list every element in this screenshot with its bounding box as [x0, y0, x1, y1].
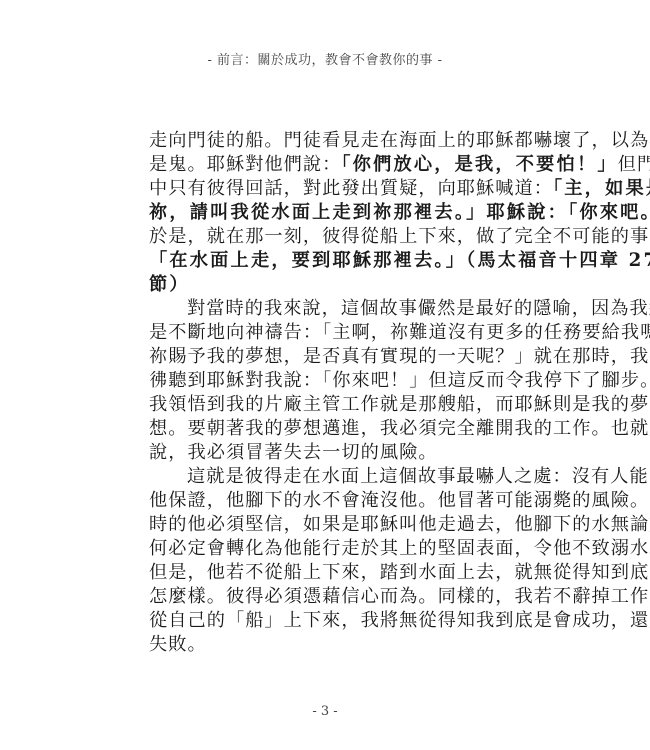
text-line: 中只有彼得回話，對此發出質疑，向耶穌喊道：「主，如果是	[149, 177, 521, 201]
text-run: 彿聽到耶穌對我說：「你來吧！」但這反而令我停下了腳步。	[149, 370, 650, 391]
page-number: - 3 -	[0, 704, 650, 719]
text-run: 怎麼樣。彼得必須憑藉信心而為。同樣的，我若不辭掉工作，	[149, 586, 650, 607]
text-line: 但是，他若不從船上下來，踏到水面上去，就無從得知到底會	[149, 561, 521, 585]
text-run: 祢賜予我的夢想，是否真有實現的一天呢？」就在那時，我彷	[149, 346, 650, 367]
text-line: 祢賜予我的夢想，是否真有實現的一天呢？」就在那時，我彷	[149, 345, 521, 369]
text-run: 失敗。	[149, 634, 207, 655]
text-run: 是鬼。耶穌對他們說：	[149, 154, 341, 175]
text-line: 祢，請叫我從水面上走到祢那裡去。」耶穌說：「你來吧。」	[149, 201, 521, 225]
text-line: 失敗。	[149, 633, 521, 657]
text-run: 對當時的我來說，這個故事儼然是最好的隱喻，因為我總	[187, 298, 650, 319]
scripture-quote: 「你們放心，是我，不要怕！」	[341, 154, 617, 175]
text-line: 說，我必須冒著失去一切的風險。	[149, 441, 521, 465]
text-run: 走向門徒的船。門徒看見走在海面上的耶穌都嚇壞了，以為祂	[149, 130, 650, 151]
running-header: - 前言：關於成功，教會不會教你的事 -	[0, 49, 650, 68]
text-line: 是鬼。耶穌對他們說：「你們放心，是我，不要怕！」但門徒	[149, 153, 521, 177]
text-run: 從自己的「船」上下來，我將無從得知我到底是會成功，還是	[149, 610, 650, 631]
text-line: 何必定會轉化為他能行走於其上的堅固表面，令他不致溺水。	[149, 537, 521, 561]
scripture-quote: 祢，請叫我從水面上走到祢那裡去。」耶穌說：「你來吧。」	[149, 202, 650, 223]
text-line: 我領悟到我的片廠主管工作就是那艘船，而耶穌則是我的夢	[149, 393, 521, 417]
text-run: 時的他必須堅信，如果是耶穌叫他走過去，他腳下的水無論如	[149, 514, 650, 535]
text-run: 這就是彼得走在水面上這個故事最嚇人之處：沒有人能向	[187, 466, 650, 487]
text-run: 他保證，他腳下的水不會淹沒他。他冒著可能溺斃的風險。當	[149, 490, 650, 511]
text-line: 是不斷地向神禱告：「主啊，祢難道沒有更多的任務要給我嗎？	[149, 321, 521, 345]
text-line: 「在水面上走，要到耶穌那裡去。」（馬太福音十四章 27 ～ 29	[149, 249, 521, 273]
text-line: 他保證，他腳下的水不會淹沒他。他冒著可能溺斃的風險。當	[149, 489, 521, 513]
scripture-quote: 「在水面上走，要到耶穌那裡去。」（馬太福音十四章 27 ～ 29	[149, 250, 650, 271]
text-line: 節）	[149, 273, 521, 297]
text-line: 對當時的我來說，這個故事儼然是最好的隱喻，因為我總	[149, 297, 521, 321]
text-run: 是不斷地向神禱告：「主啊，祢難道沒有更多的任務要給我嗎？	[149, 322, 650, 343]
text-line: 這就是彼得走在水面上這個故事最嚇人之處：沒有人能向	[149, 465, 521, 489]
scripture-quote: 節）	[149, 274, 190, 295]
text-run: 說，我必須冒著失去一切的風險。	[149, 442, 438, 463]
text-line: 從自己的「船」上下來，我將無從得知我到底是會成功，還是	[149, 609, 521, 633]
text-run: 我領悟到我的片廠主管工作就是那艘船，而耶穌則是我的夢	[149, 394, 649, 415]
text-run: 但門徒	[618, 154, 650, 175]
text-run: 但是，他若不從船上下來，踏到水面上去，就無從得知到底會	[149, 562, 650, 583]
text-line: 於是，就在那一刻，彼得從船上下來，做了完全不可能的事：	[149, 225, 521, 249]
text-line: 彿聽到耶穌對我說：「你來吧！」但這反而令我停下了腳步。	[149, 369, 521, 393]
text-run: 中只有彼得回話，對此發出質疑，向耶穌喊道：	[149, 178, 553, 199]
text-line: 走向門徒的船。門徒看見走在海面上的耶穌都嚇壞了，以為祂	[149, 129, 521, 153]
text-line: 時的他必須堅信，如果是耶穌叫他走過去，他腳下的水無論如	[149, 513, 521, 537]
scripture-quote: 「主，如果是	[553, 178, 650, 199]
text-run: 於是，就在那一刻，彼得從船上下來，做了完全不可能的事：	[149, 226, 650, 247]
body-text: 走向門徒的船。門徒看見走在海面上的耶穌都嚇壞了，以為祂是鬼。耶穌對他們說：「你們…	[149, 129, 521, 657]
text-line: 想。要朝著我的夢想邁進，我必須完全離開我的工作。也就是	[149, 417, 521, 441]
text-run: 何必定會轉化為他能行走於其上的堅固表面，令他不致溺水。	[149, 538, 650, 559]
text-run: 想。要朝著我的夢想邁進，我必須完全離開我的工作。也就是	[149, 418, 650, 439]
text-line: 怎麼樣。彼得必須憑藉信心而為。同樣的，我若不辭掉工作，	[149, 585, 521, 609]
